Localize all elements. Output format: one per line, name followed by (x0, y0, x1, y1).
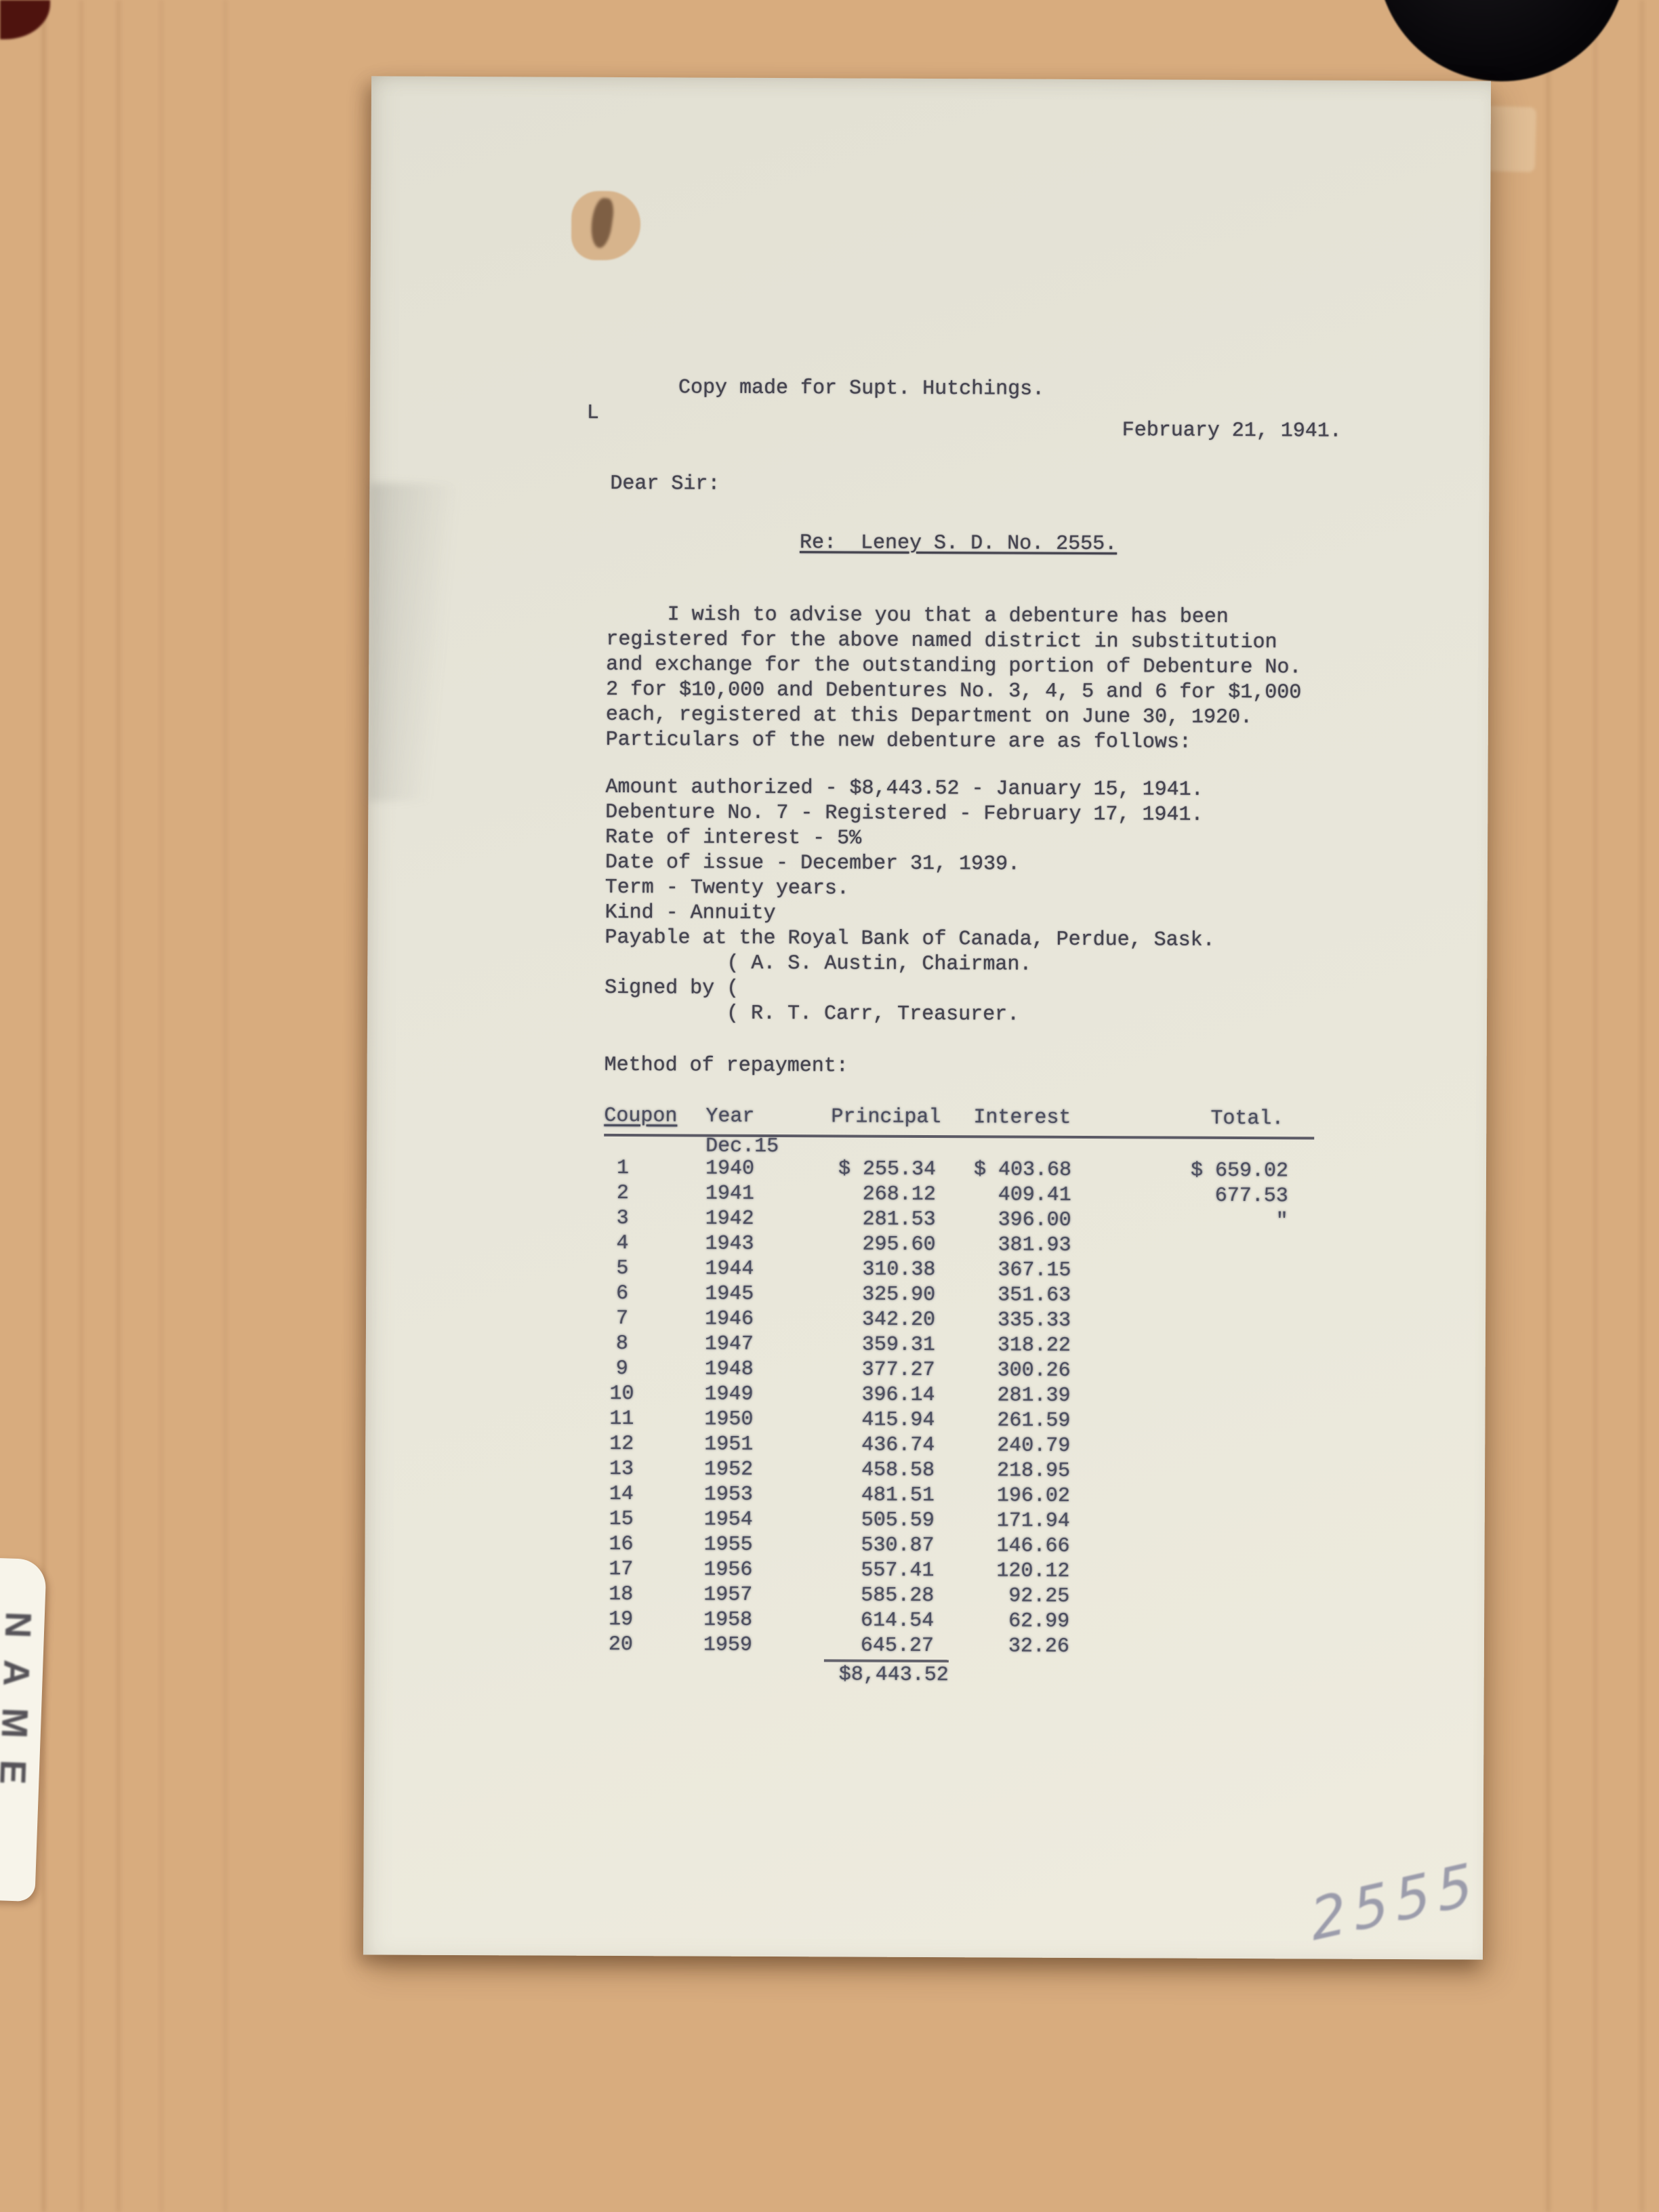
cell-coupon: 9 (603, 1357, 641, 1382)
cell-total (1152, 1359, 1288, 1359)
table-row: 121951436.74240.79 (602, 1432, 1321, 1460)
cell-coupon: 18 (602, 1582, 640, 1607)
table-row: 61945325.90351.63 (603, 1282, 1322, 1310)
cell-year: 1940 (705, 1157, 780, 1182)
particulars-block: Amount authorized - $8,443.52 - January … (605, 775, 1216, 1029)
letter-paper: Copy made for Supt. Hutchings. L Februar… (363, 76, 1491, 1959)
table-row: 41943295.60381.93 (603, 1231, 1322, 1260)
table-row: 11940$ 255.34$ 403.68$ 659.02 (604, 1156, 1322, 1185)
cell-interest: 351.63 (962, 1283, 1071, 1309)
column-header-coupon: Coupon (604, 1104, 677, 1129)
table-row: 51944310.38367.15 (603, 1256, 1322, 1285)
cell-interest: 318.22 (962, 1333, 1071, 1359)
cell-coupon: 10 (602, 1382, 640, 1407)
cell-interest: 396.00 (963, 1208, 1071, 1233)
cell-total: 677.53 (1153, 1183, 1288, 1209)
cell-year: 1945 (705, 1282, 779, 1307)
cell-year: 1944 (705, 1257, 779, 1282)
cell-year: 1948 (705, 1357, 779, 1382)
cell-coupon: 8 (603, 1332, 641, 1357)
table-row: 111950415.94261.59 (602, 1407, 1321, 1435)
cell-interest: 300.26 (962, 1358, 1071, 1384)
cell-total (1151, 1584, 1286, 1585)
table-row: 71946342.20335.33 (603, 1307, 1322, 1335)
cell-coupon: 14 (602, 1482, 640, 1507)
year-subheader: Dec.15 (705, 1134, 779, 1160)
wood-grain-line (160, 0, 163, 2212)
cell-total (1153, 1233, 1288, 1234)
cell-total (1152, 1258, 1288, 1259)
cell-interest: 409.41 (963, 1183, 1071, 1208)
margin-letter: L (587, 401, 599, 426)
cell-total: " (1153, 1208, 1288, 1234)
copy-note: Copy made for Supt. Hutchings. (678, 375, 1044, 402)
cell-interest: 335.33 (962, 1308, 1071, 1334)
letter-date: February 21, 1941. (1122, 418, 1342, 444)
crease-shadow (368, 483, 471, 802)
cell-interest: 218.95 (962, 1458, 1070, 1484)
cell-principal: 436.74 (799, 1433, 935, 1458)
cell-principal: 295.60 (800, 1232, 935, 1258)
cell-interest: $ 403.68 (963, 1158, 1071, 1183)
cell-coupon: 19 (602, 1607, 640, 1633)
cell-principal: 342.20 (800, 1307, 935, 1333)
table-row: 81947359.31318.22 (603, 1332, 1322, 1360)
cell-principal: 268.12 (800, 1182, 936, 1208)
cell-interest: 146.66 (962, 1534, 1070, 1559)
cell-coupon: 3 (604, 1206, 642, 1231)
cell-principal: 645.27 (798, 1633, 934, 1659)
column-header-interest: Interest (973, 1105, 1071, 1131)
repayment-table: Coupon Year Principal Interest Total. De… (602, 1104, 1350, 1717)
cell-total (1151, 1509, 1287, 1510)
cell-coupon: 2 (604, 1181, 642, 1206)
cell-interest: 32.26 (961, 1634, 1069, 1660)
cell-coupon: 5 (603, 1256, 641, 1282)
cell-principal: 359.31 (800, 1332, 935, 1358)
column-header-year: Year (705, 1105, 754, 1130)
black-knob (1377, 0, 1626, 81)
cell-principal: 415.94 (799, 1408, 935, 1433)
cell-coupon: 17 (602, 1557, 640, 1582)
cell-coupon: 6 (603, 1282, 641, 1307)
cell-total (1151, 1434, 1287, 1435)
cell-total (1151, 1459, 1287, 1460)
cell-coupon: 16 (602, 1532, 640, 1557)
cell-principal: 325.90 (800, 1282, 935, 1308)
table-row: 151954505.59171.94 (602, 1507, 1321, 1536)
cell-interest: 261.59 (962, 1408, 1070, 1434)
cell-principal: 458.58 (799, 1458, 935, 1483)
cell-principal: 557.41 (798, 1558, 934, 1584)
cell-principal: 310.38 (800, 1257, 935, 1283)
cell-principal: 505.59 (799, 1508, 935, 1534)
cell-interest: 171.94 (962, 1509, 1070, 1534)
cell-coupon: 7 (603, 1307, 641, 1332)
table-row: 101949396.14281.39 (602, 1382, 1321, 1410)
cell-interest: 120.12 (961, 1559, 1069, 1584)
body-paragraph: I wish to advise you that a debenture ha… (606, 602, 1302, 756)
repayment-table-rows: 11940$ 255.34$ 403.68$ 659.0221941268.12… (602, 1156, 1322, 1661)
cell-coupon: 11 (602, 1407, 640, 1432)
cell-interest: 62.99 (961, 1609, 1069, 1635)
salutation: Dear Sir: (610, 472, 720, 497)
cell-coupon: 1 (604, 1156, 642, 1181)
table-row: 171956557.41120.12 (602, 1557, 1320, 1586)
cell-coupon: 12 (602, 1432, 640, 1457)
name-tab-card: NAME (0, 1558, 47, 1902)
cell-interest: 240.79 (962, 1433, 1070, 1459)
cell-total (1151, 1635, 1286, 1635)
table-row: 131952458.58218.95 (602, 1457, 1321, 1486)
cell-principal: 585.28 (798, 1583, 934, 1609)
table-row: 21941268.12409.41677.53 (604, 1181, 1322, 1210)
cell-year: 1954 (704, 1508, 779, 1533)
cell-coupon: 4 (603, 1231, 641, 1256)
cell-year: 1946 (705, 1307, 779, 1332)
table-row: 201959645.2732.26 (602, 1633, 1320, 1661)
cell-year: 1956 (703, 1558, 778, 1583)
cell-year: 1959 (703, 1633, 778, 1658)
wood-grain-line (117, 0, 121, 2212)
cell-total (1152, 1284, 1288, 1284)
cell-total (1151, 1409, 1287, 1410)
cell-total (1151, 1610, 1286, 1610)
cell-year: 1941 (705, 1182, 780, 1207)
cell-total (1151, 1559, 1287, 1560)
cell-total (1152, 1384, 1288, 1385)
method-heading: Method of repayment: (605, 1053, 848, 1080)
cell-total (1152, 1309, 1288, 1309)
wood-grain-line (1594, 0, 1597, 2212)
cell-year: 1949 (704, 1382, 779, 1408)
cell-interest: 367.15 (962, 1258, 1071, 1284)
cell-year: 1951 (704, 1433, 779, 1458)
wood-grain-line (224, 0, 227, 2212)
cell-principal: 530.87 (799, 1533, 935, 1559)
wood-grain-line (80, 0, 83, 2212)
cell-year: 1952 (704, 1458, 779, 1483)
cell-total (1151, 1534, 1287, 1535)
photo-of-letter-on-desk: NAME Copy made for Supt. Hutchings. L Fe… (0, 0, 1659, 2212)
cell-total (1152, 1334, 1288, 1334)
table-row: 31942281.53396.00" (604, 1206, 1322, 1235)
table-row: 181957585.2892.25 (602, 1582, 1320, 1611)
cell-interest: 92.25 (961, 1584, 1069, 1610)
cell-principal: 481.51 (799, 1483, 935, 1509)
cell-year: 1955 (704, 1533, 779, 1558)
torn-tape-spot (571, 191, 640, 260)
handwritten-number: 2555 (1307, 1849, 1483, 1954)
cell-principal: 614.54 (798, 1608, 934, 1634)
table-row: 141953481.51196.02 (602, 1482, 1321, 1511)
cell-year: 1942 (705, 1207, 780, 1232)
cell-interest: 381.93 (962, 1233, 1071, 1258)
cell-year: 1953 (704, 1483, 779, 1508)
column-header-total: Total. (1210, 1107, 1284, 1132)
cell-interest: 281.39 (962, 1383, 1070, 1409)
column-header-principal: Principal (831, 1105, 941, 1130)
cell-principal: 396.14 (799, 1382, 935, 1408)
wood-grain-line (42, 0, 45, 2212)
name-tab-label: NAME (0, 1611, 39, 1807)
table-row: 161955530.87146.66 (602, 1532, 1321, 1561)
cell-coupon: 20 (602, 1633, 640, 1658)
cell-year: 1958 (703, 1608, 778, 1633)
cell-year: 1957 (703, 1583, 778, 1608)
subject-line: Re: Leney S. D. No. 2555. (800, 531, 1117, 557)
cell-year: 1950 (704, 1408, 779, 1433)
torn-tape-core (588, 197, 615, 249)
cell-total: $ 659.02 (1153, 1158, 1288, 1184)
principal-total: $8,443.52 (824, 1659, 949, 1688)
cell-total (1151, 1484, 1287, 1485)
cell-year: 1943 (705, 1232, 779, 1257)
table-row: 91948377.27300.26 (603, 1357, 1322, 1385)
cell-coupon: 15 (602, 1507, 640, 1532)
cell-coupon: 13 (602, 1457, 640, 1482)
cell-principal: 377.27 (800, 1357, 935, 1383)
cell-principal: 281.53 (800, 1207, 936, 1233)
cell-interest: 196.02 (962, 1483, 1070, 1509)
wood-grain-line (1547, 0, 1550, 2212)
cell-year: 1947 (705, 1332, 779, 1357)
wood-grain-line (1640, 0, 1644, 2212)
table-row: 191958614.5462.99 (602, 1607, 1320, 1636)
cell-principal: $ 255.34 (800, 1157, 936, 1183)
